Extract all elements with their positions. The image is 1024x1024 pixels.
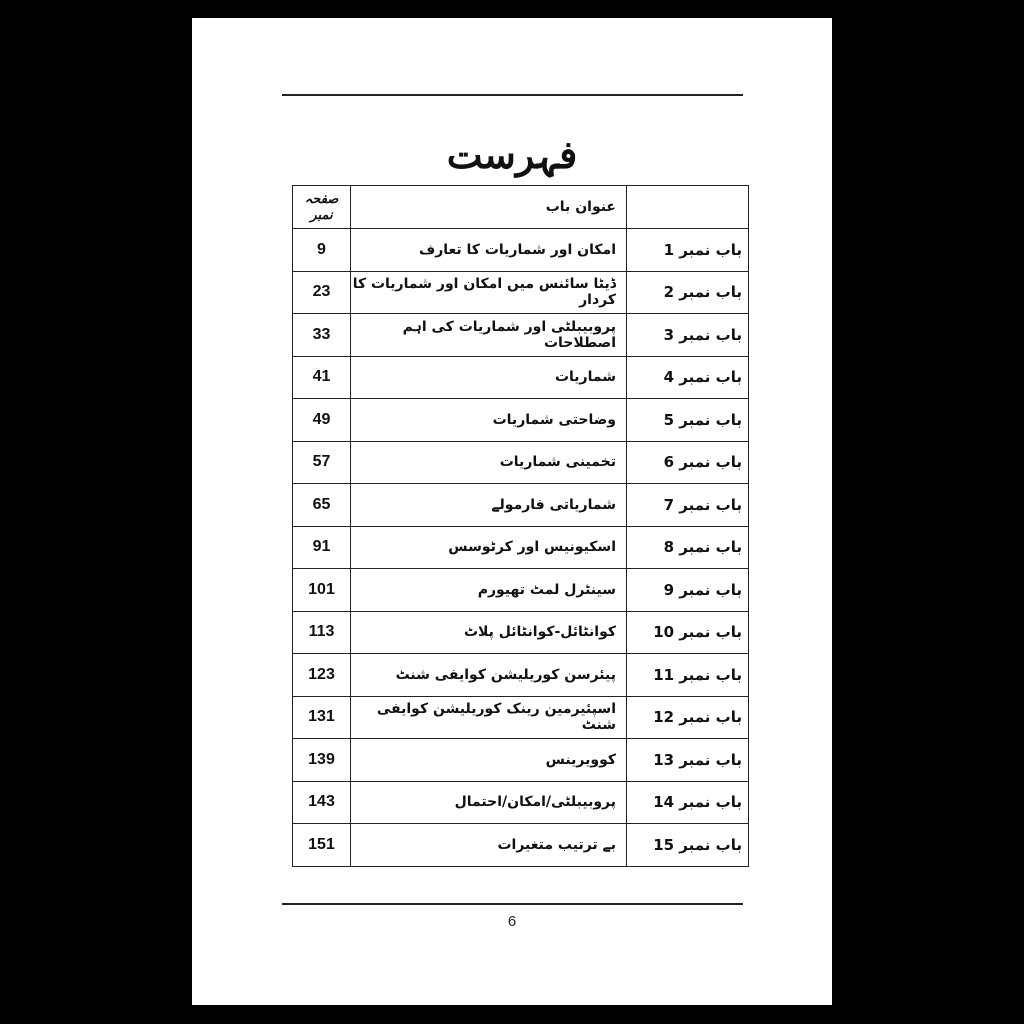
row-chapter: باب نمبر 7 bbox=[627, 484, 749, 527]
row-chapter: باب نمبر 5 bbox=[627, 399, 749, 442]
row-title: اسکیونیس اور کرٹوسس bbox=[351, 526, 627, 569]
row-chapter: باب نمبر 4 bbox=[627, 356, 749, 399]
table-row: 91 اسکیونیس اور کرٹوسس باب نمبر 8 bbox=[293, 526, 749, 569]
row-page: 131 bbox=[293, 696, 351, 739]
table-row: 143 پروبیبلٹی/امکان/احتمال باب نمبر 14 bbox=[293, 781, 749, 824]
table-row: 33 پروبیبلٹی اور شماریات کی اہم اصطلاحات… bbox=[293, 314, 749, 357]
row-page: 9 bbox=[293, 229, 351, 272]
row-title: شماریات bbox=[351, 356, 627, 399]
row-page: 113 bbox=[293, 611, 351, 654]
row-title: شماریاتی فارمولے bbox=[351, 484, 627, 527]
row-title: پروبیبلٹی اور شماریات کی اہم اصطلاحات bbox=[351, 314, 627, 357]
row-chapter: باب نمبر 10 bbox=[627, 611, 749, 654]
row-chapter: باب نمبر 15 bbox=[627, 824, 749, 867]
row-page: 151 bbox=[293, 824, 351, 867]
row-page: 143 bbox=[293, 781, 351, 824]
header-page-number: صفحہ نمبر bbox=[293, 186, 351, 229]
row-title: سینٹرل لمٹ تھیورم bbox=[351, 569, 627, 612]
page-number: 6 bbox=[192, 913, 832, 930]
row-page: 33 bbox=[293, 314, 351, 357]
table-row: 57 تخمینی شماریات باب نمبر 6 bbox=[293, 441, 749, 484]
row-chapter: باب نمبر 12 bbox=[627, 696, 749, 739]
header-chapter-number bbox=[627, 186, 749, 229]
row-chapter: باب نمبر 13 bbox=[627, 739, 749, 782]
row-title: پیئرسن کوریلیشن کوایفی شنٹ bbox=[351, 654, 627, 697]
row-title: وضاحتی شماریات bbox=[351, 399, 627, 442]
row-chapter: باب نمبر 8 bbox=[627, 526, 749, 569]
table-row: 41 شماریات باب نمبر 4 bbox=[293, 356, 749, 399]
row-chapter: باب نمبر 6 bbox=[627, 441, 749, 484]
row-chapter: باب نمبر 2 bbox=[627, 271, 749, 314]
row-title: اسپئیرمین رینک کوریلیشن کوایفی شنٹ bbox=[351, 696, 627, 739]
header-chapter-title: عنوان باب bbox=[351, 186, 627, 229]
row-page: 57 bbox=[293, 441, 351, 484]
table-row: 113 کوانٹائل-کوانٹائل پلاٹ باب نمبر 10 bbox=[293, 611, 749, 654]
table-row: 123 پیئرسن کوریلیشن کوایفی شنٹ باب نمبر … bbox=[293, 654, 749, 697]
table-row: 65 شماریاتی فارمولے باب نمبر 7 bbox=[293, 484, 749, 527]
row-chapter: باب نمبر 1 bbox=[627, 229, 749, 272]
row-page: 23 bbox=[293, 271, 351, 314]
row-page: 101 bbox=[293, 569, 351, 612]
table-header-row: صفحہ نمبر عنوان باب bbox=[293, 186, 749, 229]
row-title: پروبیبلٹی/امکان/احتمال bbox=[351, 781, 627, 824]
table-row: 49 وضاحتی شماریات باب نمبر 5 bbox=[293, 399, 749, 442]
table-row: 139 کوویرینس باب نمبر 13 bbox=[293, 739, 749, 782]
row-title: بے ترتیب متغیرات bbox=[351, 824, 627, 867]
page-title: فہرست bbox=[192, 130, 832, 180]
row-page: 49 bbox=[293, 399, 351, 442]
table-of-contents: صفحہ نمبر عنوان باب 9 امکان اور شماریات … bbox=[292, 185, 749, 867]
row-chapter: باب نمبر 3 bbox=[627, 314, 749, 357]
row-chapter: باب نمبر 14 bbox=[627, 781, 749, 824]
top-rule bbox=[282, 94, 743, 96]
table-row: 9 امکان اور شماریات کا تعارف باب نمبر 1 bbox=[293, 229, 749, 272]
table-row: 151 بے ترتیب متغیرات باب نمبر 15 bbox=[293, 824, 749, 867]
book-page: فہرست صفحہ نمبر عنوان باب 9 امکان اور شم… bbox=[192, 18, 832, 1005]
row-page: 139 bbox=[293, 739, 351, 782]
row-chapter: باب نمبر 9 bbox=[627, 569, 749, 612]
table-row: 101 سینٹرل لمٹ تھیورم باب نمبر 9 bbox=[293, 569, 749, 612]
row-page: 91 bbox=[293, 526, 351, 569]
bottom-rule bbox=[282, 903, 743, 905]
row-title: کوویرینس bbox=[351, 739, 627, 782]
row-page: 123 bbox=[293, 654, 351, 697]
row-title: امکان اور شماریات کا تعارف bbox=[351, 229, 627, 272]
row-title: ڈیٹا سائنس میں امکان اور شماریات کا کردا… bbox=[351, 271, 627, 314]
table-row: 23 ڈیٹا سائنس میں امکان اور شماریات کا ک… bbox=[293, 271, 749, 314]
row-chapter: باب نمبر 11 bbox=[627, 654, 749, 697]
row-title: تخمینی شماریات bbox=[351, 441, 627, 484]
row-page: 41 bbox=[293, 356, 351, 399]
table-row: 131 اسپئیرمین رینک کوریلیشن کوایفی شنٹ ب… bbox=[293, 696, 749, 739]
row-page: 65 bbox=[293, 484, 351, 527]
row-title: کوانٹائل-کوانٹائل پلاٹ bbox=[351, 611, 627, 654]
